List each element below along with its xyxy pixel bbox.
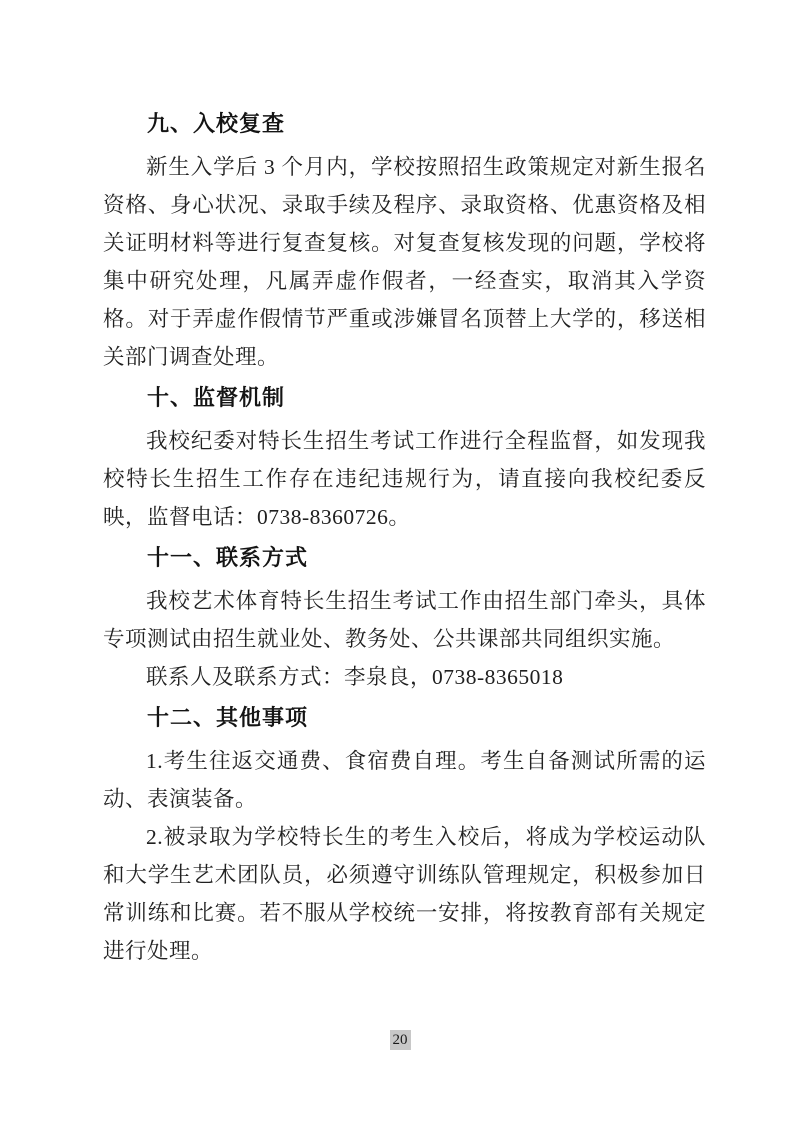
paragraph: 新生入学后 3 个月内，学校按照招生政策规定对新生报名资格、身心状况、录取手续及… [103,148,706,376]
page-number: 20 [390,1030,411,1050]
section-other-matters: 十二、其他事项 1.考生往返交通费、食宿费自理。考生自备测试所需的运动、表演装备… [103,699,706,970]
page-footer: 20 [0,1030,800,1050]
section-heading-other-matters: 十二、其他事项 [103,699,706,737]
document-page: 九、入校复查 新生入学后 3 个月内，学校按照招生政策规定对新生报名资格、身心状… [0,0,800,1131]
section-contact: 十一、联系方式 我校艺术体育特长生招生考试工作由招生部门牵头，具体专项测试由招生… [103,539,706,696]
section-supervision: 十、监督机制 我校纪委对特长生招生考试工作进行全程监督，如发现我校特长生招生工作… [103,379,706,536]
paragraph-contact-person: 联系人及联系方式：李泉良，0738-8365018 [103,658,706,696]
paragraph: 我校艺术体育特长生招生考试工作由招生部门牵头，具体专项测试由招生就业处、教务处、… [103,582,706,658]
paragraph-item-2: 2.被录取为学校特长生的考生入校后，将成为学校运动队和大学生艺术团队员，必须遵守… [103,818,706,970]
section-entry-recheck: 九、入校复查 新生入学后 3 个月内，学校按照招生政策规定对新生报名资格、身心状… [103,105,706,376]
section-heading-supervision: 十、监督机制 [103,379,706,417]
section-heading-contact: 十一、联系方式 [103,539,706,577]
paragraph: 我校纪委对特长生招生考试工作进行全程监督，如发现我校特长生招生工作存在违纪违规行… [103,422,706,536]
document-body: 九、入校复查 新生入学后 3 个月内，学校按照招生政策规定对新生报名资格、身心状… [103,102,706,970]
paragraph-item-1: 1.考生往返交通费、食宿费自理。考生自备测试所需的运动、表演装备。 [103,742,706,818]
section-heading-entry-recheck: 九、入校复查 [103,105,706,143]
